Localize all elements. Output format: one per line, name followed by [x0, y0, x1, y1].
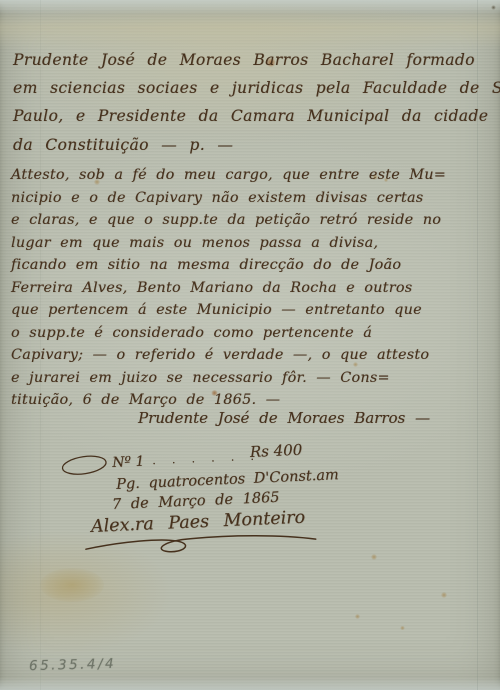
- manuscript-line: nicipio e o de Capivary não existem divi…: [11, 187, 487, 210]
- manuscript-line: Capivary; — o referido é verdade —, o qu…: [11, 344, 487, 367]
- manuscript-line: Attesto, sob a fé do meu cargo, que entr…: [11, 164, 487, 187]
- manuscript-line: que pertencem á este Municipio — entreta…: [11, 299, 487, 322]
- manuscript-line: lugar em que mais ou menos passa a divis…: [11, 232, 487, 255]
- registry-annotation-block: Nº 1 . . . . . . Rs 400 Pg. quatrocentos…: [60, 441, 394, 562]
- manuscript-line: o supp.te é considerado como pertencente…: [11, 322, 487, 345]
- manuscript-line: Prudente José de Moraes Barros Bacharel …: [13, 46, 485, 74]
- paper-bottom-band: [0, 677, 500, 690]
- catalog-number: 65.35.4/4: [29, 656, 117, 674]
- foxing-stain: [355, 614, 360, 619]
- flourish-oval-icon: [60, 453, 109, 477]
- attestation-paragraph: Attesto, sob a fé do meu cargo, que entr…: [11, 164, 487, 412]
- paper-smudge: [40, 568, 104, 602]
- manuscript-line: e claras, e que o supp.te da petição ret…: [11, 209, 487, 232]
- annotation-fee: Rs 400: [249, 441, 302, 461]
- opening-paragraph: Prudente José de Moraes Barros Bacharel …: [13, 46, 485, 159]
- manuscript-line: ficando em sitio na mesma direcção do de…: [11, 254, 487, 277]
- manuscript-line: em sciencias sociaes e juridicas pela Fa…: [13, 74, 485, 102]
- manuscript-line: da Constituição — p. —: [13, 131, 485, 159]
- paper-tan-band: [0, 12, 500, 50]
- manuscript-line: e jurarei em juizo se necessario fôr. — …: [11, 367, 487, 390]
- manuscript-line: Paulo, e Presidente da Camara Municipal …: [13, 102, 485, 130]
- manuscript-page: Prudente José de Moraes Barros Bacharel …: [0, 0, 500, 690]
- annotation-number: Nº 1: [112, 454, 145, 471]
- manuscript-line: Ferreira Alves, Bento Mariano da Rocha e…: [11, 277, 487, 300]
- signature-line: Prudente José de Moraes Barros —: [138, 409, 430, 427]
- foxing-stain: [371, 554, 377, 560]
- foxing-stain: [441, 592, 447, 598]
- leader-dots: . . . . . .: [152, 449, 260, 468]
- foxing-stain: [400, 626, 405, 630]
